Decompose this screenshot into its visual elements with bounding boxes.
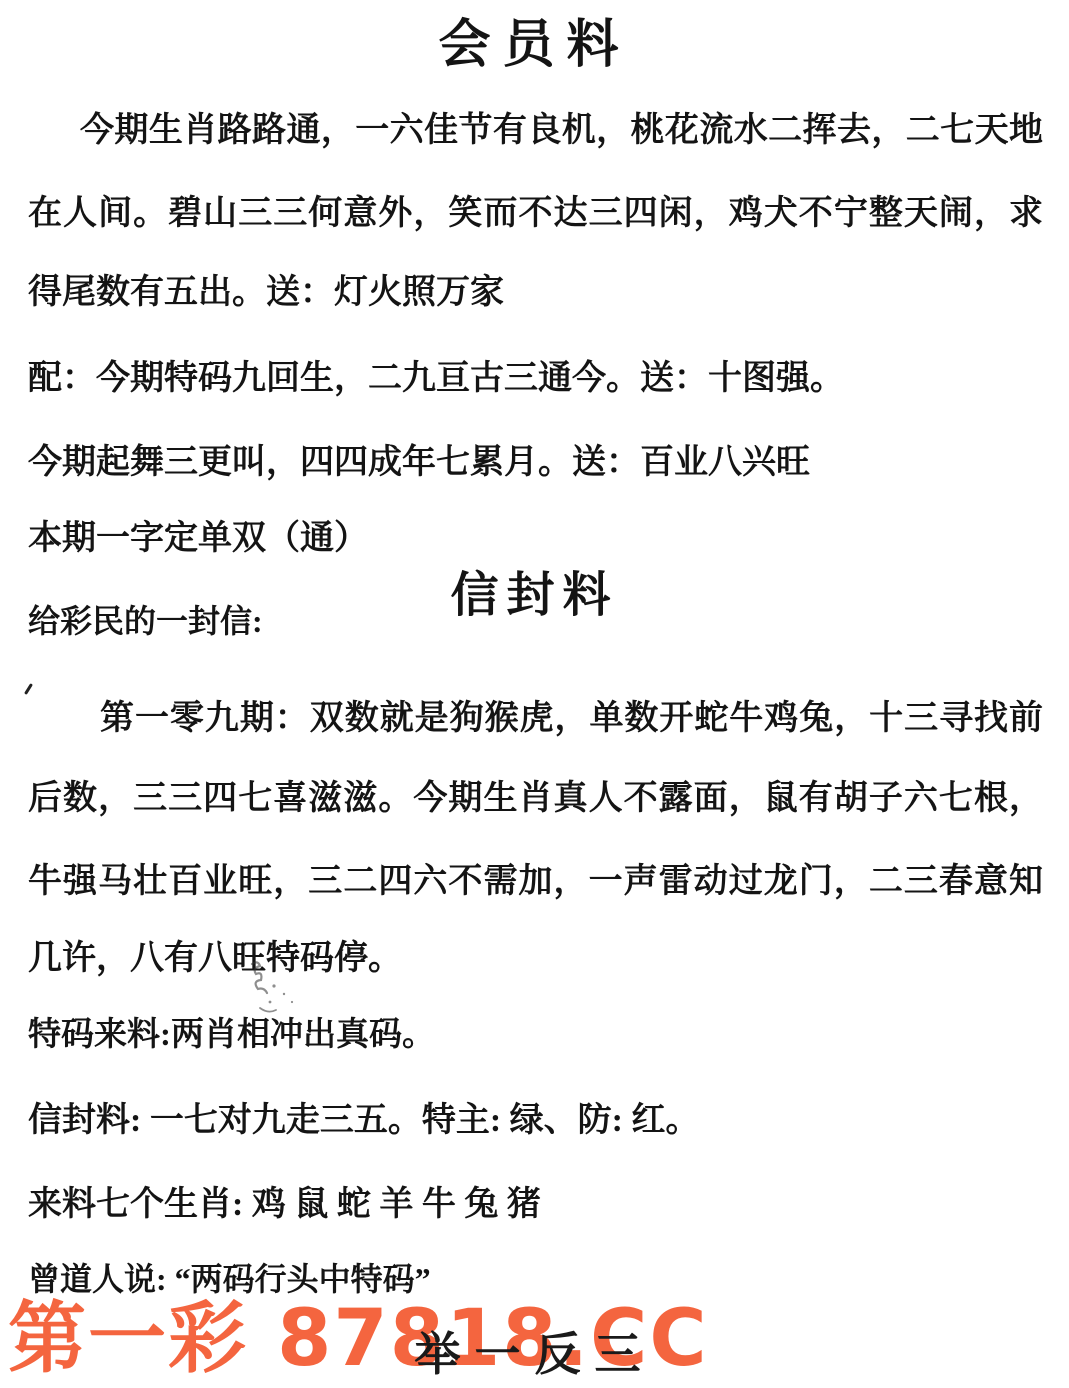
member-dance-line: 今期起舞三更叫，四四成年七累月。送：百业八兴旺 bbox=[28, 434, 1043, 483]
special-code-line: 特码来料:两肖相冲出真码。 bbox=[28, 1008, 1043, 1055]
member-section-title: 会员料 bbox=[0, 2, 1069, 77]
zodiac-list-line: 来料七个生肖: 鸡 鼠 蛇 羊 牛 兔 猪 bbox=[28, 1176, 1043, 1225]
member-oddeven-line: 本期一字定单双（通） bbox=[28, 510, 1043, 559]
motto-text: 举一反三 bbox=[0, 1318, 1069, 1384]
envelope-paragraph-line: 几许，八有八旺特码停。 bbox=[28, 930, 1043, 979]
member-paragraph-line: 得尾数有五出。送：灯火照万家 bbox=[28, 264, 1043, 313]
document-page: 会员料 今期生肖路路通，一六佳节有良机，桃花流水二挥去，二七天地 在人间。碧山三… bbox=[0, 0, 1069, 1388]
member-paragraph-line: 在人间。碧山三三何意外，笑而不达三四闲，鸡犬不宁整天闹，求 bbox=[28, 185, 1043, 234]
envelope-paragraph-line: 后数，三三四七喜滋滋。今期生肖真人不露面，鼠有胡子六七根， bbox=[28, 770, 1043, 819]
envelope-tip-line: 信封料: 一七对九走三五。特主: 绿、防: 红。 bbox=[28, 1092, 1043, 1141]
envelope-paragraph-line: 牛强马壮百业旺，三二四六不需加，一声雷动过龙门，二三春意知 bbox=[28, 853, 1043, 902]
envelope-paragraph-line: 第一零九期：双数就是狗猴虎，单数开蛇牛鸡兔，十三寻找前 bbox=[28, 690, 1043, 739]
member-pei-line: 配：今期特码九回生，二九亘古三通今。送：十图强。 bbox=[28, 350, 1043, 399]
letter-to-punters-label: 给彩民的一封信: bbox=[28, 596, 1043, 642]
member-paragraph-line: 今期生肖路路通，一六佳节有良机，桃花流水二挥去，二七天地 bbox=[28, 102, 1043, 151]
